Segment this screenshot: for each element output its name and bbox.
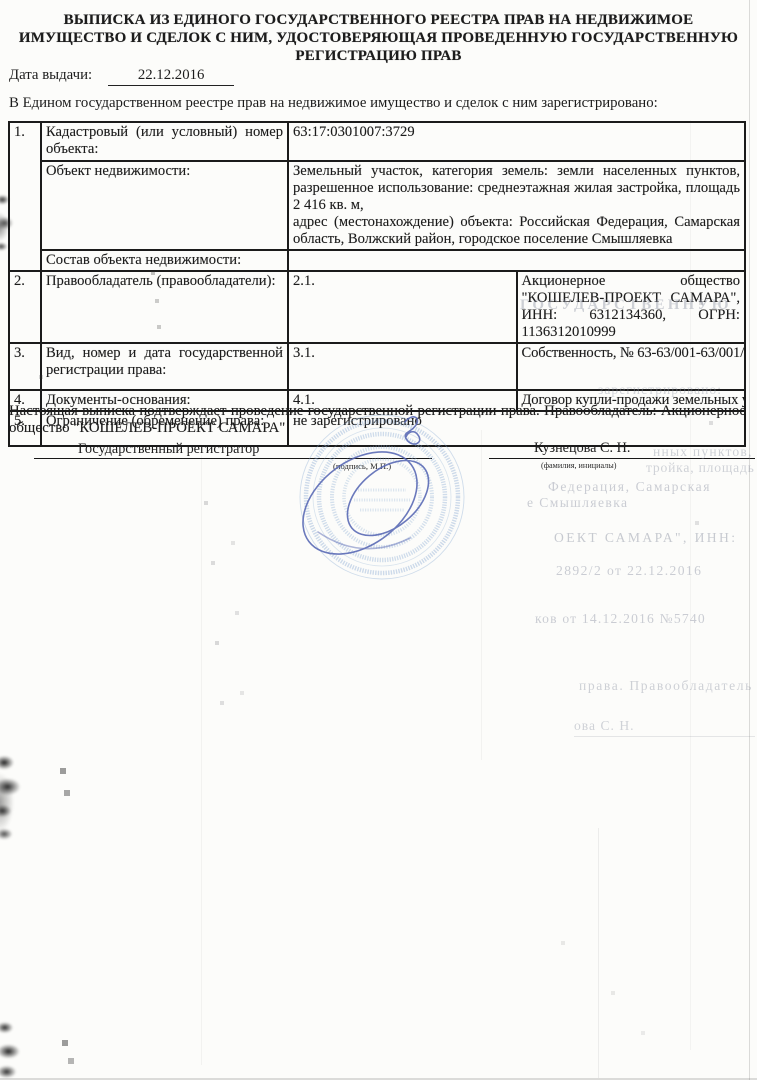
issue-date-row: Дата выдачи:22.12.2016: [9, 67, 234, 86]
table-row: 1. Кадастровый (или условный) номер объе…: [9, 122, 745, 161]
official-stamp: [288, 408, 480, 586]
registrar-name: Кузнецова С. Н.: [534, 440, 630, 457]
ghost-text: тройка, площадь: [646, 460, 755, 476]
ghost-text: Федерация, Самарская: [548, 479, 711, 495]
intro-paragraph: В Едином государственном реестре прав на…: [9, 95, 745, 112]
row-number: 2.: [9, 271, 41, 343]
document-title-line-3: РЕГИСТРАЦИЮ ПРАВ: [14, 47, 743, 65]
object-composition-value: [288, 250, 745, 271]
registration-kind-label: Вид, номер и дата государственной регист…: [41, 343, 288, 390]
cadastral-number-value: 63:17:0301007:3729: [288, 122, 745, 161]
scan-line-artifact: [201, 455, 202, 1065]
scan-smudge: [0, 188, 18, 266]
scan-line-artifact: [598, 828, 599, 1078]
registrar-label: Государственный регистратор: [78, 441, 259, 458]
object-composition-label: Состав объекта недвижимости:: [41, 250, 288, 271]
table-row: Состав объекта недвижимости:: [9, 250, 745, 271]
ghost-text: 2892/2 от 22.12.2016: [556, 563, 702, 579]
scan-line-artifact: [690, 120, 691, 1050]
scan-smudge: [0, 1014, 30, 1080]
property-object-value: Земельный участок, категория земель: зем…: [288, 161, 745, 250]
ghost-text: зарегистрировано:: [598, 382, 722, 398]
property-description-part-2: адрес (местонахождение) объекта: Российс…: [293, 214, 740, 248]
row-subnumber: 3.1.: [288, 343, 517, 390]
ghost-text: нных пунктов,: [653, 444, 753, 460]
document-title-line-2: ИМУЩЕСТВО И СДЕЛОК С НИМ, УДОСТОВЕРЯЮЩАЯ…: [14, 29, 743, 47]
issue-date-label: Дата выдачи:: [9, 67, 92, 83]
name-caption: (фамилия, инициалы): [541, 461, 616, 470]
scanned-document-page: ВЫПИСКА ИЗ ЕДИНОГО ГОСУДАРСТВЕННОГО РЕЕС…: [0, 0, 757, 1080]
cadastral-number-label: Кадастровый (или условный) номер объекта…: [41, 122, 288, 161]
row-number: 3.: [9, 343, 41, 390]
scan-edge: [749, 0, 751, 1080]
registry-table: 1. Кадастровый (или условный) номер объе…: [8, 121, 746, 447]
property-object-label: Объект недвижимости:: [41, 161, 288, 250]
document-title: ВЫПИСКА ИЗ ЕДИНОГО ГОСУДАРСТВЕННОГО РЕЕС…: [14, 11, 743, 65]
ghost-text: е Смышляевка: [527, 495, 628, 511]
table-row: Объект недвижимости: Земельный участок, …: [9, 161, 745, 250]
property-description-part-1: Земельный участок, категория земель: зем…: [293, 163, 740, 214]
rightholder-label: Правообладатель (правообладатели):: [41, 271, 288, 343]
issue-date-value: 22.12.2016: [108, 67, 234, 86]
ghost-text: ОЕКТ САМАРА", ИНН:: [554, 530, 737, 546]
scan-line-artifact: [481, 430, 482, 760]
document-title-line-1: ВЫПИСКА ИЗ ЕДИНОГО ГОСУДАРСТВЕННОГО РЕЕС…: [14, 11, 743, 29]
scan-smudge: [0, 750, 28, 855]
row-subnumber: 2.1.: [288, 271, 517, 343]
ghost-text: ГОСУДАРСТВЕННУЮ: [520, 297, 732, 314]
ghost-text: права. Правообладатель: [579, 678, 753, 694]
ghost-text: ова С. Н.: [574, 718, 755, 737]
scan-noise-specks: [0, 0, 2, 2]
ghost-text: ков от 14.12.2016 №5740: [535, 611, 706, 627]
